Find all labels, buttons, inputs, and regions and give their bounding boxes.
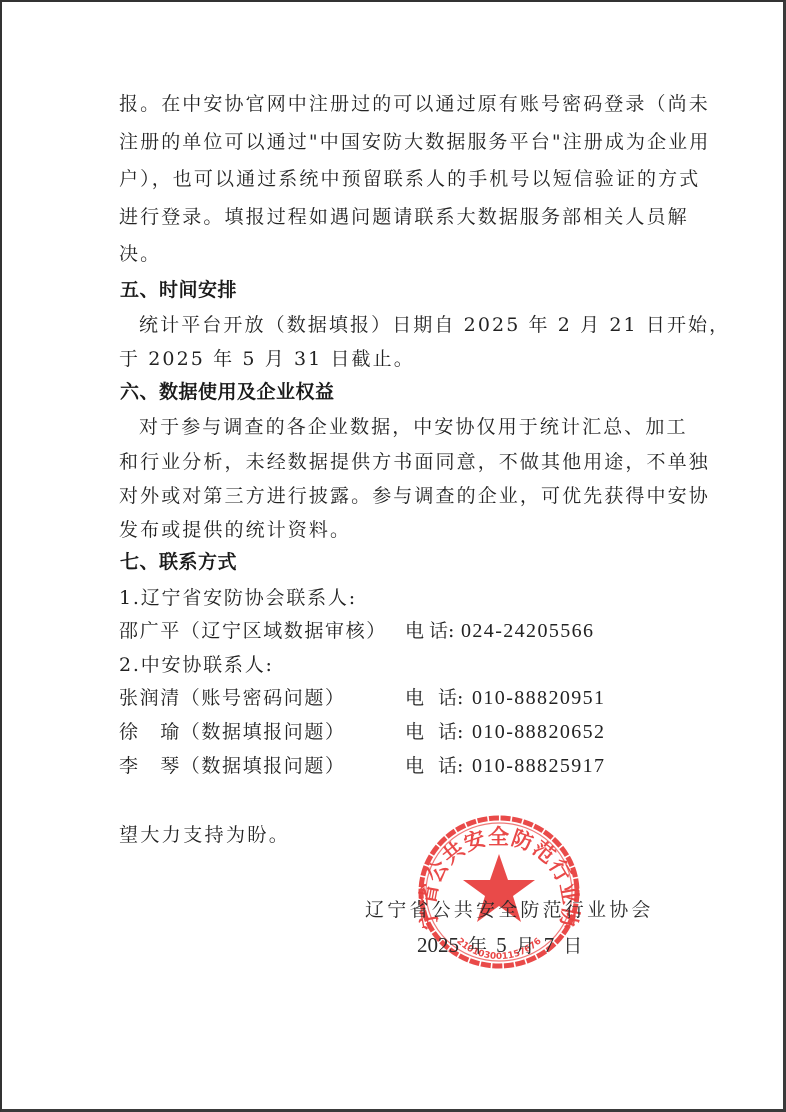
body-text-line: 报。在中安协官网中注册过的可以通过原有账号密码登录（尚未 [119,92,710,116]
contact-phone: 电话:010-88825917 [405,754,605,778]
contact-phone: 电话:024-24205566 [405,619,594,643]
phone-label-part: 电 [405,720,438,744]
contact-row: 徐 瑜（数据填报问题） 电话:010-88820652 [2,720,786,744]
body-text-line: 发布或提供的统计资料。 [119,518,351,542]
date-month: 5 [496,933,507,957]
phone-label-part: 话: [438,754,472,778]
contact-name-role: 徐 瑜（数据填报问题） [119,720,346,744]
body-text-line: 对外或对第三方进行披露。参与调查的企业，可优先获得中安协 [119,484,710,508]
phone-label-part: 电 [405,686,438,710]
contact-name-role: 李 琴（数据填报问题） [119,754,346,778]
contact-phone: 电话:010-88820951 [405,686,605,710]
body-text-line: 决。 [119,242,161,266]
contact-phone: 电话:010-88820652 [405,720,605,744]
body-text-line: 和行业分析，未经数据提供方书面同意，不做其他用途，不单独 [119,450,710,474]
phone-number: 010-88820652 [472,721,605,743]
phone-label-part: 话: [438,686,472,710]
contact-row: 张润清（账号密码问题） 电话:010-88820951 [2,686,786,710]
contact-group-title: 1.辽宁省安防协会联系人: [119,586,357,610]
phone-number: 010-88825917 [472,755,605,777]
contact-row: 邵广平（辽宁区域数据审核） 电话:024-24205566 [2,619,786,643]
body-text-line: 户），也可以通过系统中预留联系人的手机号以短信验证的方式 [119,167,700,191]
closing-text: 望大力支持为盼。 [119,823,290,847]
phone-label-part: 话: [429,619,461,643]
document-page: 报。在中安协官网中注册过的可以通过原有账号密码登录（尚未 注册的单位可以通过"中… [0,0,786,1112]
body-text-line: 注册的单位可以通过"中国安防大数据服务平台"注册成为企业用 [119,130,710,154]
contact-name-role: 张润清（账号密码问题） [119,686,346,710]
section-heading-schedule: 五、时间安排 [120,278,237,302]
date-day-unit: 日 [563,935,582,957]
date-month-unit: 月 [516,935,535,957]
section-heading-contacts: 七、联系方式 [120,550,237,574]
body-text-line: 进行登录。填报过程如遇问题请联系大数据服务部相关人员解 [119,205,689,229]
phone-number: 010-88820951 [472,687,605,709]
contact-name-role: 邵广平（辽宁区域数据审核） [119,619,387,643]
signature-date: 2025 年 5 月 7 日 [417,931,582,958]
signature-organization: 辽宁省公共安全防范行业协会 [365,895,654,922]
phone-label-part: 电 [405,619,429,643]
date-year-unit: 年 [468,935,487,957]
phone-number: 024-24205566 [461,620,594,642]
contact-group-title: 2.中安协联系人: [119,653,274,677]
body-text-line: 统计平台开放（数据填报）日期自 2025 年 2 月 21 日开始， [139,313,730,337]
section-heading-data-usage: 六、数据使用及企业权益 [120,380,335,404]
body-text-line: 于 2025 年 5 月 31 日截止。 [119,347,415,371]
date-year: 2025 [417,933,459,957]
body-text-line: 对于参与调查的各企业数据，中安协仅用于统计汇总、加工 [139,415,688,439]
contact-row: 李 琴（数据填报问题） 电话:010-88825917 [2,754,786,778]
phone-label-part: 电 [405,754,438,778]
date-day: 7 [544,933,555,957]
phone-label-part: 话: [438,720,472,744]
